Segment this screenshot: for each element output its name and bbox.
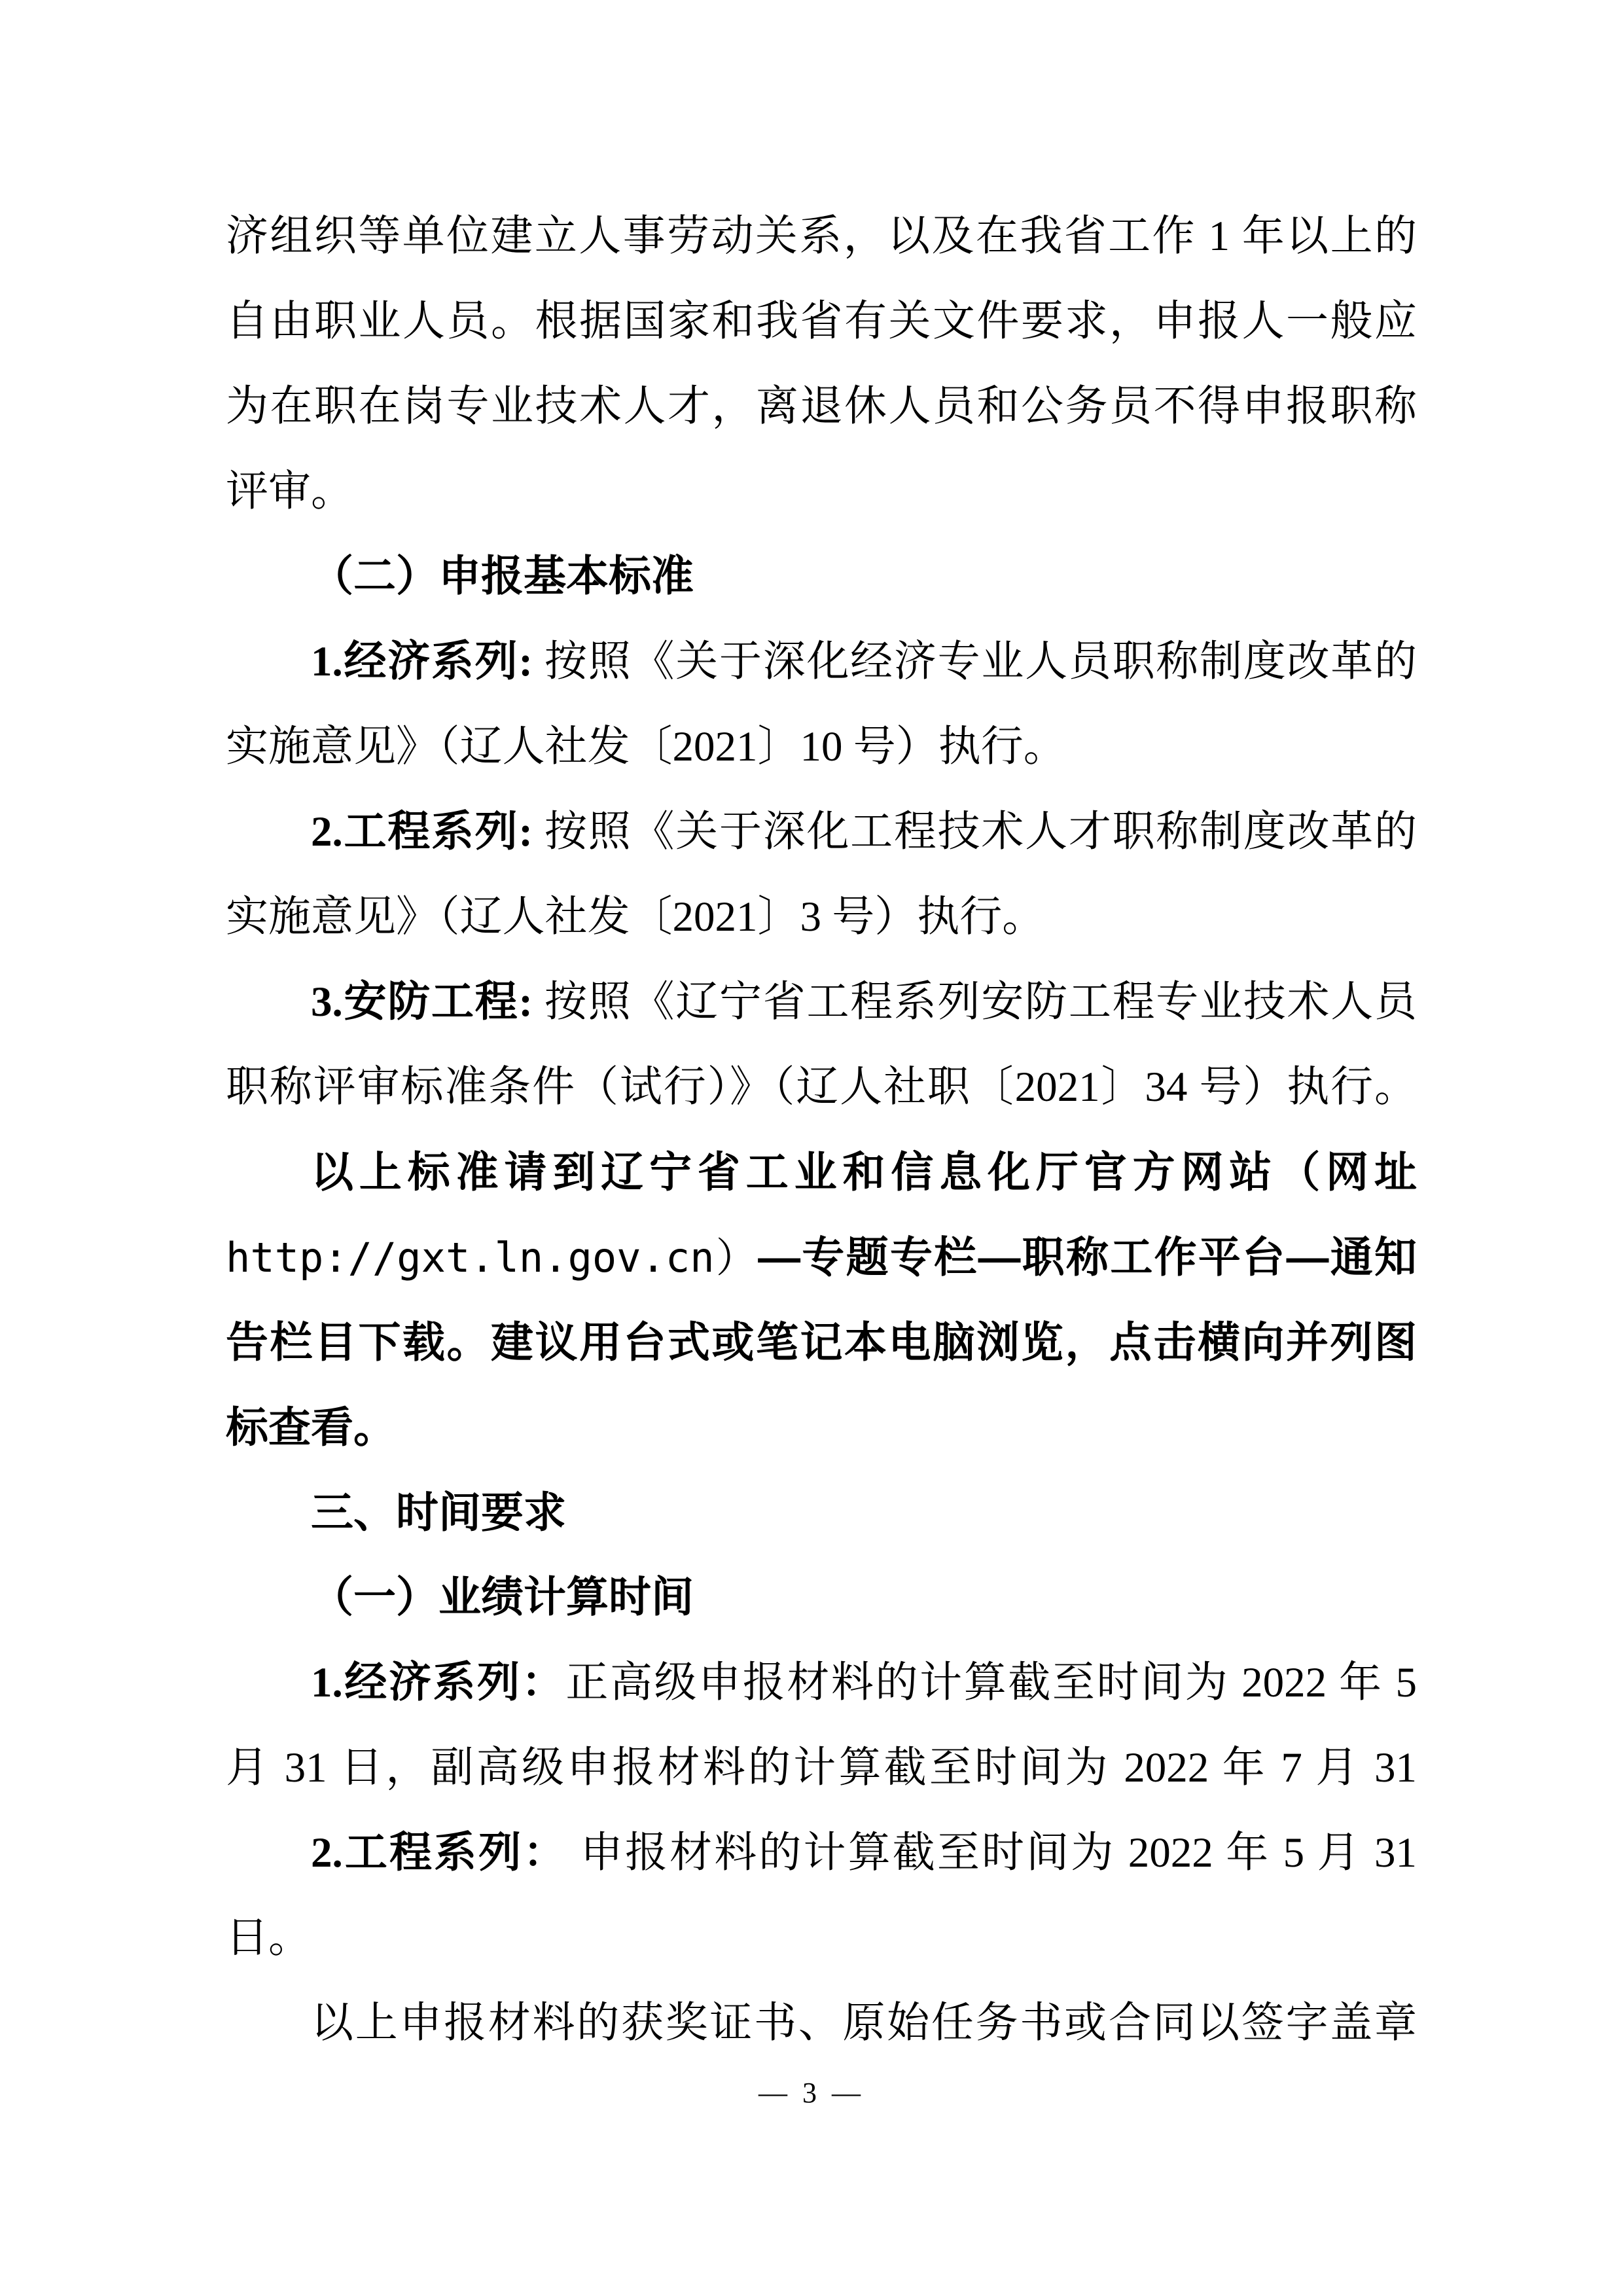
item-label: 1.经济系列： (311, 1659, 565, 1706)
notice-text: 以上标准请到辽宁省工业和信息化厅官方网站（网址 (311, 1148, 1417, 1196)
item-economic-series-time: 1.经济系列：正高级申报材料的计算截至时间为 2022 年 5 (226, 1640, 1417, 1725)
heading-level2-performance-calc-time: （一）业绩计算时间 (226, 1555, 1417, 1640)
body-text: 日。 (226, 1914, 311, 1962)
notice-text: 标查看。 (226, 1403, 396, 1451)
heading-text: 三、时间要求 (311, 1488, 566, 1536)
body-text: 自由职业人员。根据国家和我省有关文件要求，申报人一般应 (226, 298, 1417, 345)
paragraph-line: 职称评审标准条件（试行）》（辽人社职〔2021〕34 号）执行。 (226, 1045, 1417, 1130)
body-text: 实施意见》（辽人社发〔2021〕10 号）执行。 (226, 723, 1066, 770)
paragraph-line: 日。 (226, 1895, 1417, 1981)
page-footer: — 3 — (0, 2079, 1623, 2108)
paragraph-line: 以上申报材料的获奖证书、原始任务书或合同以签字盖章 (226, 1981, 1417, 2066)
body-text: 以上申报材料的获奖证书、原始任务书或合同以签字盖章 (311, 2000, 1417, 2047)
heading-level1-time-requirements: 三、时间要求 (226, 1470, 1417, 1555)
heading-text: （一）业绩计算时间 (311, 1574, 694, 1621)
paragraph-line: 评审。 (226, 449, 1417, 534)
page-number: — 3 — (758, 2077, 865, 2109)
item-label: 2.工程系列： (311, 1829, 568, 1876)
body-text: 为在职在岗专业技术人才，离退休人员和公务员不得申报职称 (226, 383, 1417, 430)
item-text: 按照《关于深化经济专业人员职称制度改革的 (533, 638, 1417, 685)
item-economic-series: 1.经济系列: 按照《关于深化经济专业人员职称制度改革的 (226, 619, 1417, 704)
item-engineering-series-time: 2.工程系列： 申报材料的计算截至时间为 2022 年 5 月 31 (226, 1810, 1417, 1895)
item-text: 按照《辽宁省工程系列安防工程专业技术人员 (533, 978, 1417, 1026)
notice-text: 告栏目下载。建议用台式或笔记本电脑浏览，点击横向并列图 (226, 1318, 1417, 1366)
body-text: 实施意见》（辽人社发〔2021〕3 号）执行。 (226, 893, 1044, 941)
paragraph-line: 实施意见》（辽人社发〔2021〕10 号）执行。 (226, 704, 1417, 789)
body-text: 月 31 日，副高级申报材料的计算截至时间为 2022 年 7 月 31 日。 (226, 1744, 1417, 1810)
body-text: 职称评审标准条件（试行）》（辽人社职〔2021〕34 号）执行。 (226, 1064, 1417, 1111)
notice-bold-line: 以上标准请到辽宁省工业和信息化厅官方网站（网址 (226, 1130, 1417, 1215)
notice-bold-line: 标查看。 (226, 1385, 1417, 1470)
paragraph-line: 济组织等单位建立人事劳动关系，以及在我省工作 1 年以上的 (226, 194, 1417, 279)
paragraph-line: 月 31 日，副高级申报材料的计算截至时间为 2022 年 7 月 31 日。 (226, 1725, 1417, 1810)
paragraph-line: 实施意见》（辽人社发〔2021〕3 号）执行。 (226, 874, 1417, 960)
item-engineering-series: 2.工程系列: 按照《关于深化工程技术人才职称制度改革的 (226, 789, 1417, 874)
item-label: 1.经济系列: (311, 638, 533, 685)
website-url: http://gxt.ln.gov.cn） (226, 1234, 758, 1282)
item-text: 申报材料的计算截至时间为 2022 年 5 月 31 (568, 1829, 1417, 1876)
body-text: 评审。 (226, 468, 353, 515)
heading-level2-declaration-standards: （二）申报基本标准 (226, 534, 1417, 619)
notice-bold-line: 告栏目下载。建议用台式或笔记本电脑浏览，点击横向并列图 (226, 1300, 1417, 1385)
item-security-engineering: 3.安防工程: 按照《辽宁省工程系列安防工程专业技术人员 (226, 960, 1417, 1045)
body-text: 济组织等单位建立人事劳动关系，以及在我省工作 1 年以上的 (226, 213, 1417, 260)
item-text: 按照《关于深化工程技术人才职称制度改革的 (533, 808, 1417, 855)
item-label: 2.工程系列: (311, 808, 533, 855)
notice-bold-line: http://gxt.ln.gov.cn）—专题专栏—职称工作平台—通知公 (226, 1215, 1417, 1300)
page-body-text: 济组织等单位建立人事劳动关系，以及在我省工作 1 年以上的 自由职业人员。根据国… (226, 194, 1417, 2066)
paragraph-line: 自由职业人员。根据国家和我省有关文件要求，申报人一般应 (226, 279, 1417, 364)
item-text: 正高级申报材料的计算截至时间为 2022 年 5 (565, 1659, 1417, 1706)
heading-text: （二）申报基本标准 (311, 553, 694, 600)
document-page: 济组织等单位建立人事劳动关系，以及在我省工作 1 年以上的 自由职业人员。根据国… (0, 0, 1623, 2296)
paragraph-line: 为在职在岗专业技术人才，离退休人员和公务员不得申报职称 (226, 364, 1417, 449)
item-label: 3.安防工程: (311, 978, 533, 1026)
